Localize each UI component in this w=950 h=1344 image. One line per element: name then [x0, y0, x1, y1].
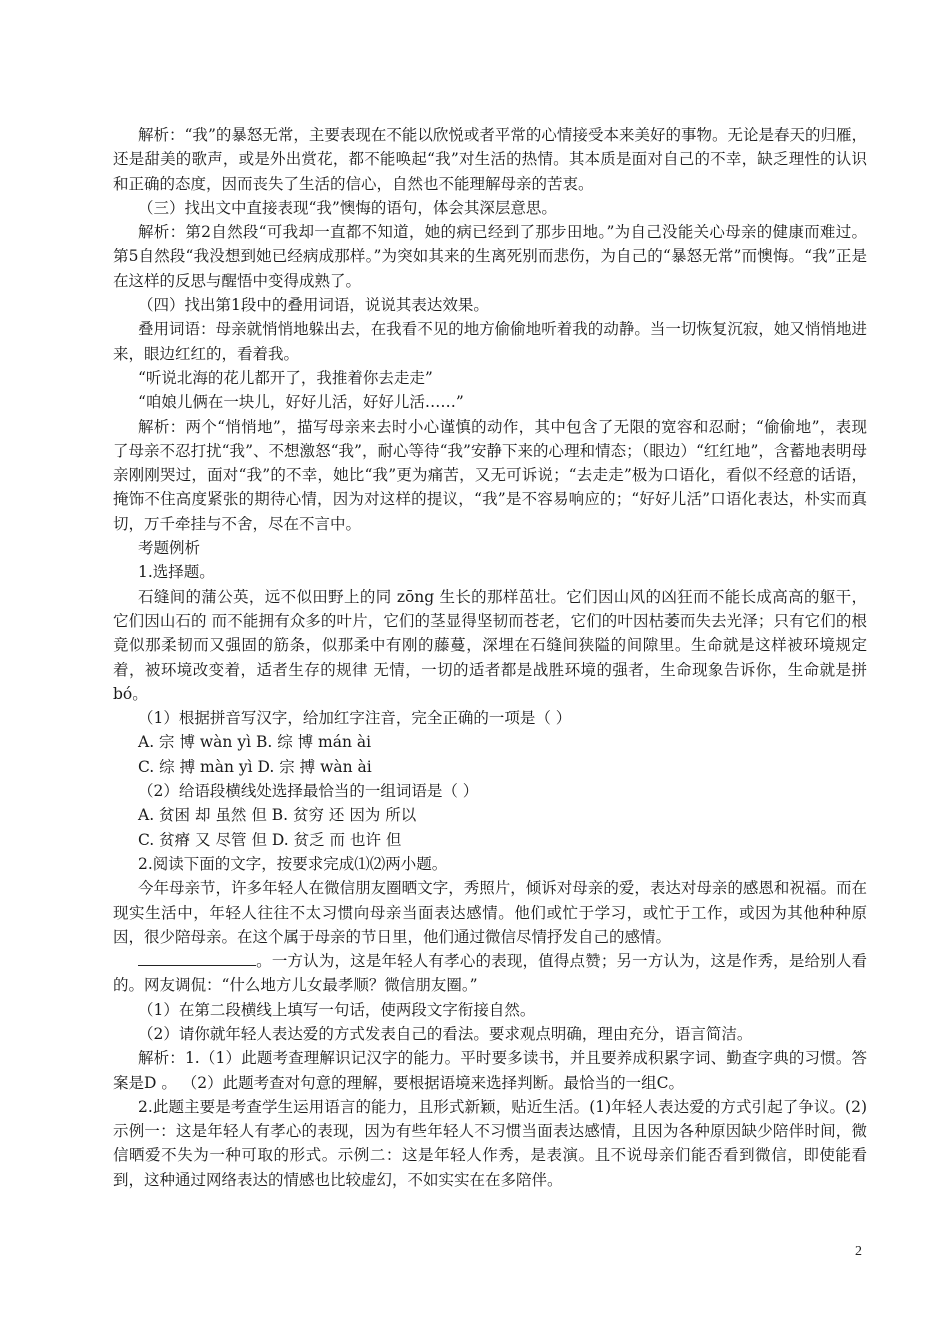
question-3-heading: （三）找出文中直接表现“我”懊悔的语句，体会其深层意思。 [113, 196, 867, 220]
page-number: 2 [855, 1244, 862, 1260]
answer-analysis-2: 2.此题主要是考查学生运用语言的能力，且形式新颖，贴近生活。(1)年轻人表达爱的… [113, 1095, 867, 1192]
answer-analysis-1: 解析：1.（1）此题考查理解识记汉字的能力。平时要多读书，并且要养成积累字词、勤… [113, 1046, 867, 1095]
fill-in-blank-line [138, 951, 256, 966]
document-page: 解析：“我”的暴怒无常，主要表现在不能以欣悦或者平常的心情接受本来美好的事物。无… [113, 123, 867, 1192]
question-1-heading: 1.选择题。 [113, 560, 867, 584]
quote-1: “听说北海的花儿都开了，我推着你去走走” [113, 366, 867, 390]
sub-question-2-1: （1）在第二段横线上填写一句话，使两段文字衔接自然。 [113, 998, 867, 1022]
fill-blank-paragraph: 。一方认为，这是年轻人有孝心的表现，值得点赞；另一方认为，这是作秀，是给别人看的… [113, 949, 867, 998]
sub-question-1: （1）根据拼音写汉字，给加红字注音，完全正确的一项是（ ） [113, 706, 867, 730]
options-ab-1: A. 宗 博 wàn yì B. 综 博 mán ài [113, 730, 867, 754]
mothers-day-passage: 今年母亲节，许多年轻人在微信朋友圈晒文字，秀照片，倾诉对母亲的爱，表达对母亲的感… [113, 876, 867, 949]
options-cd-1: C. 综 搏 màn yì D. 宗 搏 wàn ài [113, 755, 867, 779]
analysis-paragraph-2: 解析：第2自然段“可我却一直都不知道，她的病已经到了那步田地。”为自己没能关心母… [113, 220, 867, 293]
options-cd-2: C. 贫瘠 又 尽管 但 D. 贫乏 而 也许 但 [113, 828, 867, 852]
quote-2: “咱娘儿俩在一块儿，好好儿活，好好儿活……” [113, 390, 867, 414]
analysis-paragraph-1: 解析：“我”的暴怒无常，主要表现在不能以欣悦或者平常的心情接受本来美好的事物。无… [113, 123, 867, 196]
section-heading-exam-examples: 考题例析 [113, 536, 867, 560]
analysis-paragraph-3: 解析：两个“悄悄地”，描写母亲来去时小心谨慎的动作，其中包含了无限的宽容和忍耐；… [113, 415, 867, 536]
question-2-heading: 2.阅读下面的文字，按要求完成⑴⑵两小题。 [113, 852, 867, 876]
sub-question-2: （2）给语段横线处选择最恰当的一组词语是（ ） [113, 779, 867, 803]
dandelion-passage: 石缝间的蒲公英，远不似田野上的同 zōng 生长的那样茁壮。它们因山风的凶狂而不… [113, 585, 867, 706]
sub-question-2-2: （2）请你就年轻人表达爱的方式发表自己的看法。要求观点明确，理由充分，语言简洁。 [113, 1022, 867, 1046]
options-ab-2: A. 贫困 却 虽然 但 B. 贫穷 还 因为 所以 [113, 803, 867, 827]
question-4-heading: （四）找出第1段中的叠用词语，说说其表达效果。 [113, 293, 867, 317]
repeated-words-paragraph: 叠用词语：母亲就悄悄地躲出去，在我看不见的地方偷偷地听着我的动静。当一切恢复沉寂… [113, 317, 867, 366]
